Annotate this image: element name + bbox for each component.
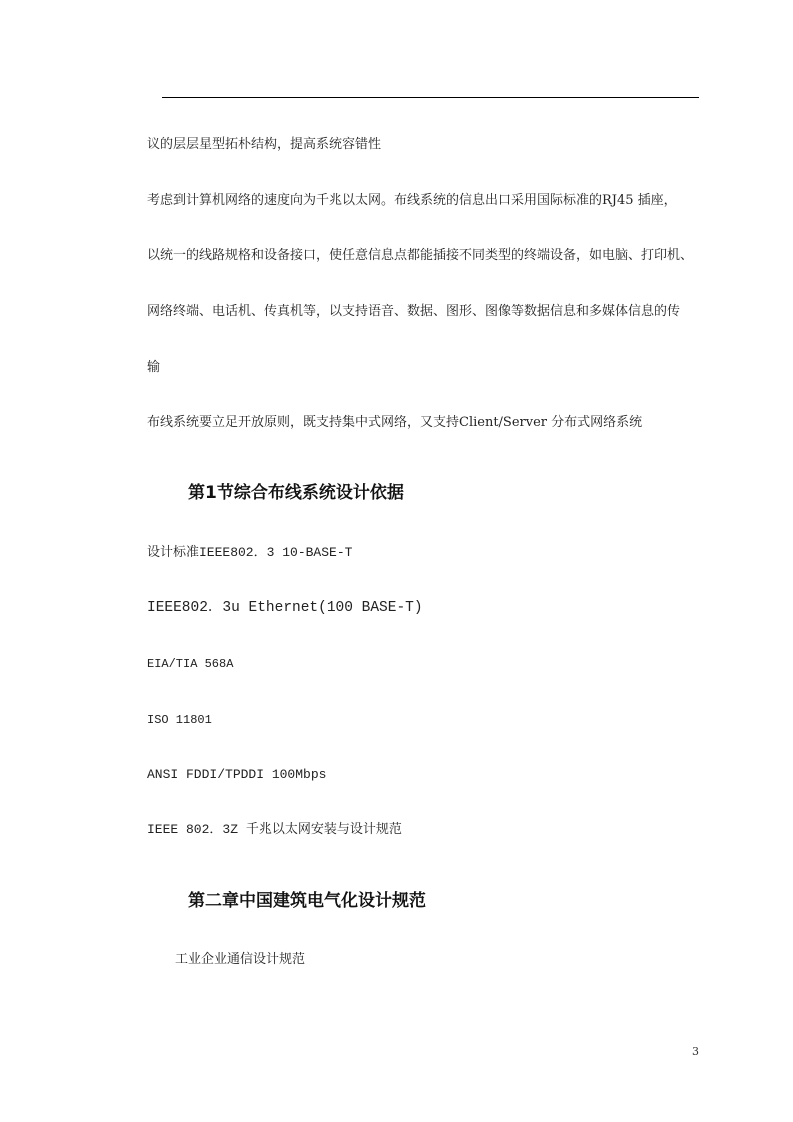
chapter-heading: 第二章中国建筑电气化设计规范 (188, 886, 426, 911)
paragraph: 布线系统要立足开放原则，既支持集中式网络，又支持Client/Server 分布… (147, 415, 642, 431)
standard-item: EIA/TIA 568A (147, 656, 233, 672)
section-heading: 第1节综合布线系统设计依据 (188, 478, 404, 503)
header-rule (162, 97, 699, 98)
paragraph: 输 (147, 360, 160, 376)
paragraph: 以统一的线路规格和设备接口，使任意信息点都能插接不同类型的终端设备，如电脑、打印… (147, 248, 693, 264)
standard-item: IEEE802．3u Ethernet(100 BASE-T) (147, 600, 423, 616)
standard-item: 工业企业通信设计规范 (175, 952, 305, 968)
paragraph: 考虑到计算机网络的速度向为千兆以太网。布线系统的信息出口采用国际标准的RJ45 … (147, 193, 677, 209)
page-number: 3 (692, 1045, 699, 1058)
standard-item: ISO 11801 (147, 712, 212, 728)
paragraph: 议的层层星型拓朴结构，提高系统容错性 (147, 137, 381, 153)
paragraph: 网络终端、电话机、传真机等，以支持语音、数据、图形、图像等数据信息和多媒体信息的… (147, 304, 680, 320)
standard-item: IEEE 802．3Z 千兆以太网安装与设计规范 (147, 822, 402, 838)
standard-item: ANSI FDDI/TPDDI 100Mbps (147, 767, 326, 783)
standard-item: 设计标准IEEE802．3 10-BASE-T (147, 545, 352, 561)
